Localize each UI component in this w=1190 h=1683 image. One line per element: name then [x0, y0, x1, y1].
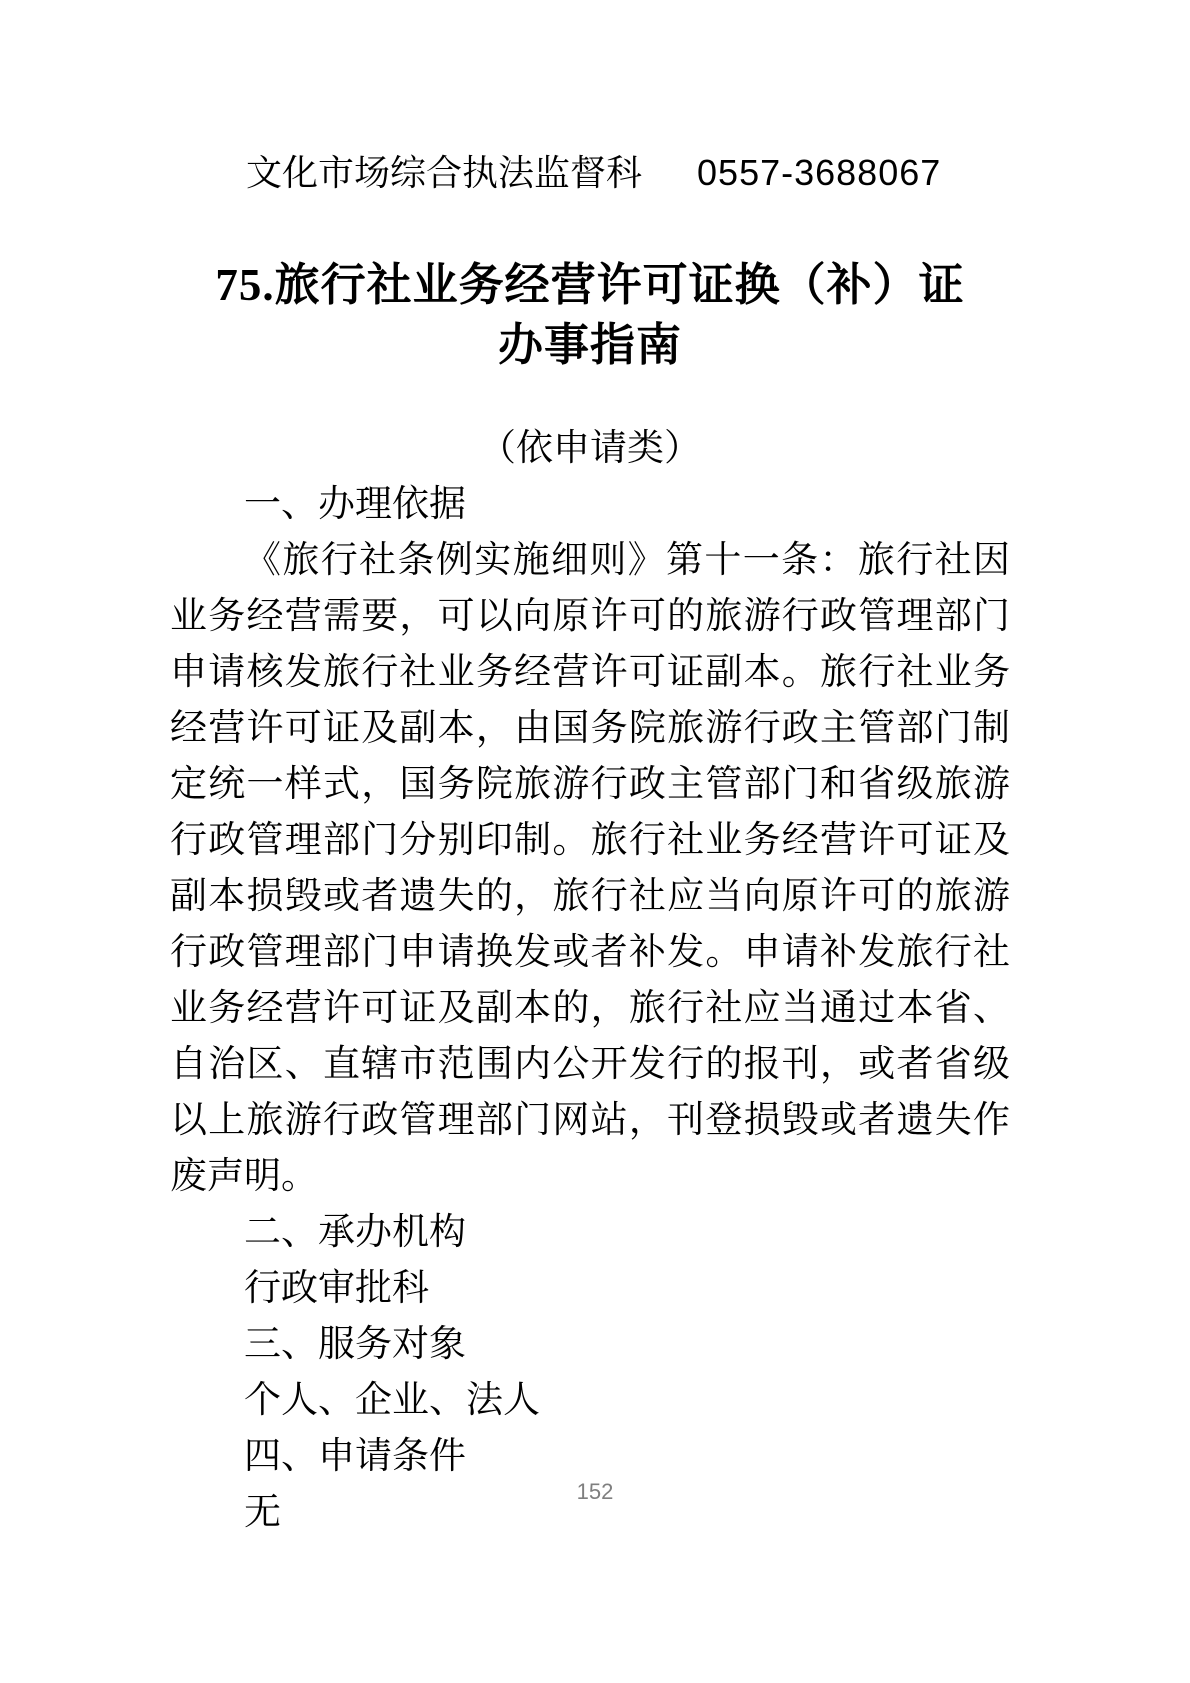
phone-number: 0557-3688067 — [697, 152, 941, 193]
section-audience: 三、服务对象 个人、企业、法人 — [170, 1316, 1010, 1428]
section-paragraph: 《旅行社条例实施细则》第十一条：旅行社因业务经营需要，可以向原许可的旅游行政管理… — [170, 532, 1010, 1204]
subtitle: （依申请类） — [170, 420, 1010, 476]
document-title: 75.旅行社业务经营许可证换（补）证 办事指南 — [170, 255, 1010, 375]
section-item: 个人、企业、法人 — [170, 1372, 1010, 1428]
section-item: 行政审批科 — [170, 1260, 1010, 1316]
section-basis: 一、办理依据 《旅行社条例实施细则》第十一条：旅行社因业务经营需要，可以向原许可… — [170, 476, 1010, 1204]
document-body: 一、办理依据 《旅行社条例实施细则》第十一条：旅行社因业务经营需要，可以向原许可… — [170, 476, 1010, 1540]
department-name: 文化市场综合执法监督科 — [246, 152, 642, 193]
section-heading: 二、承办机构 — [170, 1204, 1010, 1260]
section-agency: 二、承办机构 行政审批科 — [170, 1204, 1010, 1316]
contact-line: 文化市场综合执法监督科 0557-3688067 — [170, 0, 1010, 193]
document-page: 文化市场综合执法监督科 0557-3688067 75.旅行社业务经营许可证换（… — [0, 0, 1190, 1683]
title-line-2: 办事指南 — [170, 315, 1010, 375]
section-heading: 四、申请条件 — [170, 1428, 1010, 1484]
section-heading: 三、服务对象 — [170, 1316, 1010, 1372]
section-heading: 一、办理依据 — [170, 476, 1010, 532]
title-line-1: 75.旅行社业务经营许可证换（补）证 — [170, 255, 1010, 315]
page-number: 152 — [0, 1478, 1190, 1506]
